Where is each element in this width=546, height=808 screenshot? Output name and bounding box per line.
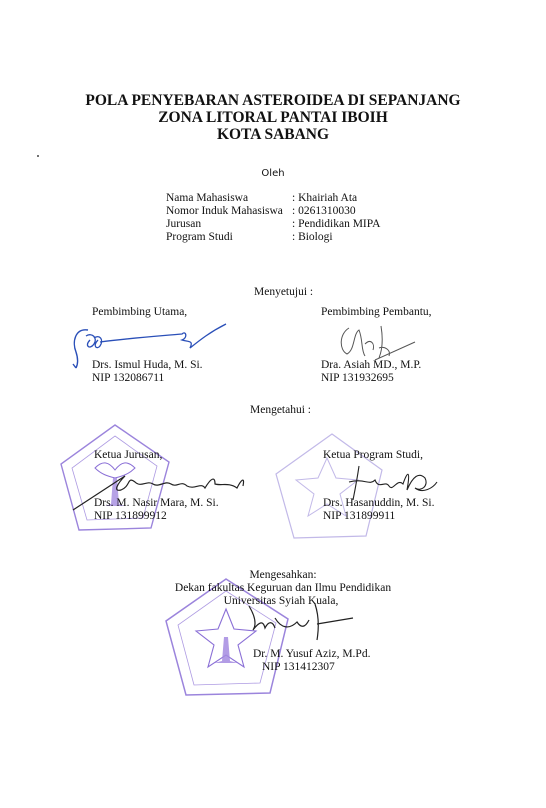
acknowledged-label: Mengetahui : [250,404,311,417]
scan-speck [37,155,39,157]
supervisor-assist-role: Pembimbing Pembantu, [321,306,432,319]
info-label: Program Studi [166,231,292,244]
program-head-nip: NIP 131899911 [323,510,395,523]
supervisor-main-role: Pembimbing Utama, [92,306,187,319]
document-title-line-2: ZONA LITORAL PANTAI IBOIH [0,109,546,126]
info-row-name: Nama Mahasiswa : Khairiah Ata [166,192,380,205]
info-value: : Biologi [292,231,333,244]
approved-label: Menyetujui : [254,286,313,299]
dean-name: Dr. M. Yusuf Aziz, M.Pd. [253,648,370,661]
dean-nip: NIP 131412307 [262,661,335,674]
supervisor-main-name: Drs. Ismul Huda, M. Si. [92,359,203,372]
info-row-program: Program Studi : Biologi [166,231,380,244]
signature-dean [245,600,355,645]
supervisor-assist-name: Dra. Asiah MD., M.P. [321,359,421,372]
document-title-line-3: KOTA SABANG [0,126,546,143]
info-value: : Khairiah Ata [292,192,357,205]
document-title-line-1: POLA PENYEBARAN ASTEROIDEA DI SEPANJANG [0,92,546,109]
info-label: Nama Mahasiswa [166,192,292,205]
ratification-line-1: Dekan fakultas Keguruan dan Ilmu Pendidi… [10,582,546,595]
ratification-label: Mengesahkan: [10,569,546,582]
info-row-nim: Nomor Induk Mahasiswa : 0261310030 [166,205,380,218]
by-label: Oleh [0,167,546,180]
program-head-name: Drs. Hasanuddin, M. Si. [323,497,435,510]
dept-head-role: Ketua Jurusan, [94,449,162,462]
dept-head-name: Drs. M. Nasir Mara, M. Si. [94,497,219,510]
info-value: : 0261310030 [292,205,356,218]
info-label: Jurusan [166,218,292,231]
supervisor-assist-nip: NIP 131932695 [321,372,394,385]
student-info: Nama Mahasiswa : Khairiah Ata Nomor Indu… [166,192,380,244]
supervisor-main-nip: NIP 132086711 [92,372,164,385]
info-value: : Pendidikan MIPA [292,218,380,231]
info-row-department: Jurusan : Pendidikan MIPA [166,218,380,231]
dept-head-nip: NIP 131899912 [94,510,167,523]
info-label: Nomor Induk Mahasiswa [166,205,292,218]
